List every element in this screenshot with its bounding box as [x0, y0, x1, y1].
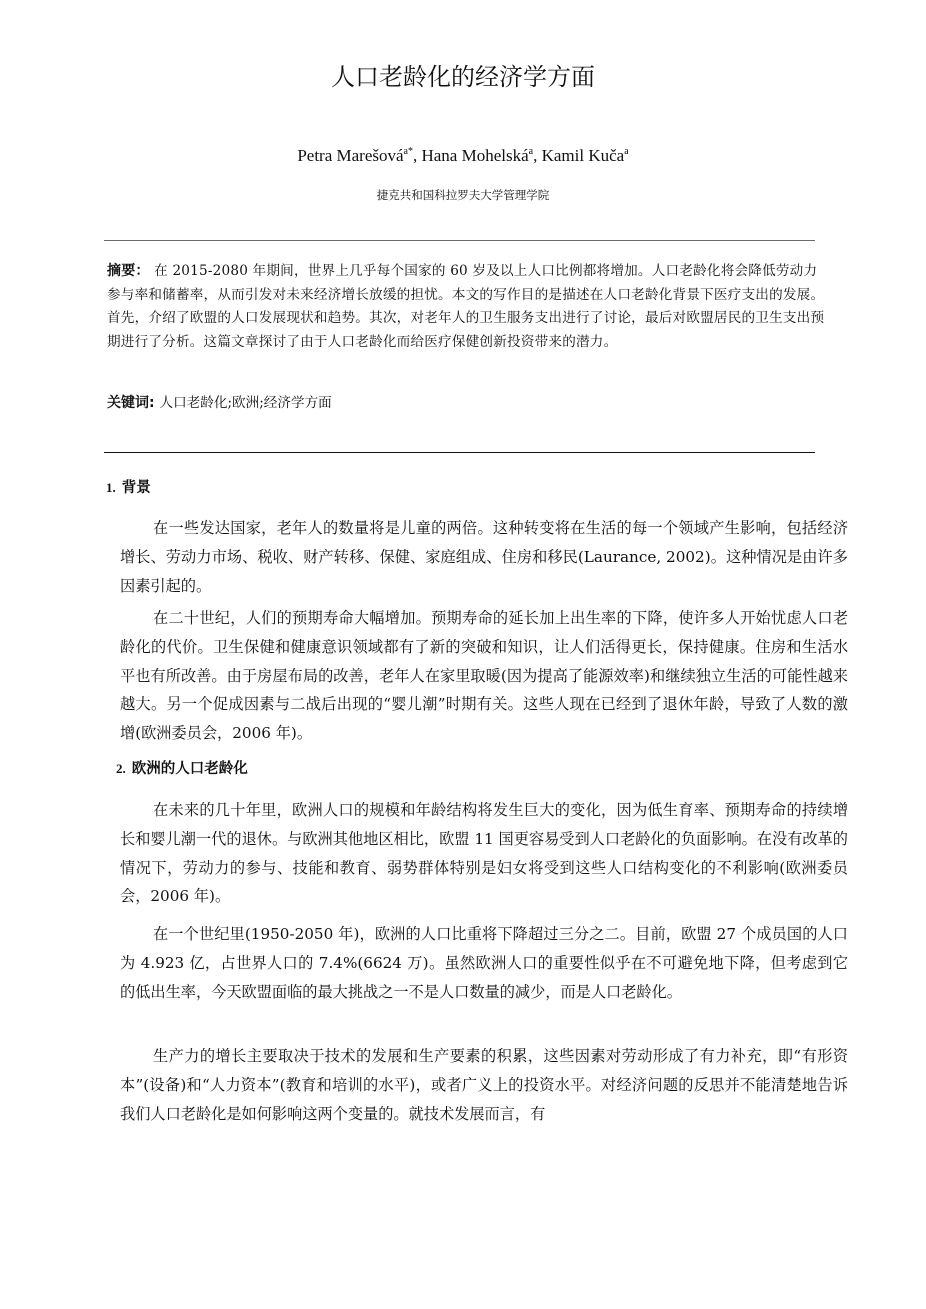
- abstract: 摘要： 在 2015-2080 年期间，世界上几乎每个国家的 60 岁及以上人口…: [107, 260, 827, 354]
- keywords-text: 人口老龄化;欧洲;经济学方面: [159, 395, 331, 411]
- affiliation: 捷克共和国科拉罗夫大学管理学院: [0, 186, 926, 204]
- author-separator: ,: [533, 146, 542, 165]
- body-paragraph: 在一些发达国家，老年人的数量将是儿童的两倍。这种转变将在生活的每一个领域产生影响…: [120, 514, 848, 600]
- author-affiliation-marker: a*: [404, 146, 413, 157]
- divider-top: [104, 240, 815, 241]
- abstract-text: 在 2015-2080 年期间，世界上几乎每个国家的 60 岁及以上人口比例都将…: [107, 263, 824, 350]
- page-title: 人口老龄化的经济学方面: [0, 60, 926, 94]
- body-paragraph: 生产力的增长主要取决于技术的发展和生产要素的积累，这些因素对劳动形成了有力补充，…: [120, 1042, 848, 1128]
- section-number: 1.: [106, 480, 116, 495]
- author-list: Petra Marešováa*, Hana Mohelskáa, Kamil …: [0, 140, 926, 168]
- body-paragraph: 在一个世纪里(1950-2050 年)，欧洲的人口比重将下降超过三分之二。目前，…: [120, 920, 848, 1006]
- divider-bottom: [104, 452, 815, 453]
- abstract-label: 摘要：: [107, 263, 150, 279]
- keywords-label: 关键词: [107, 395, 149, 411]
- author-name: Hana Mohelská: [421, 146, 528, 165]
- section-number: 2.: [116, 761, 126, 776]
- body-paragraph: 在未来的几十年里，欧洲人口的规模和年龄结构将发生巨大的变化，因为低生育率、预期寿…: [120, 796, 848, 911]
- section-heading-background: 1.背景: [106, 478, 151, 498]
- keywords: 关键词: 人口老龄化;欧洲;经济学方面: [107, 392, 827, 414]
- section-title: 欧洲的人口老龄化: [132, 761, 248, 777]
- author-name: Kamil Kuča: [542, 146, 625, 165]
- author-name: Petra Marešová: [297, 146, 403, 165]
- author-affiliation-marker: a: [624, 146, 628, 157]
- body-paragraph: 在二十世纪，人们的预期寿命大幅增加。预期寿命的延长加上出生率的下降，使许多人开始…: [120, 604, 848, 748]
- section-heading-europe-aging: 2.欧洲的人口老龄化: [116, 759, 248, 779]
- keywords-colon: :: [149, 395, 159, 411]
- section-title: 背景: [122, 480, 151, 496]
